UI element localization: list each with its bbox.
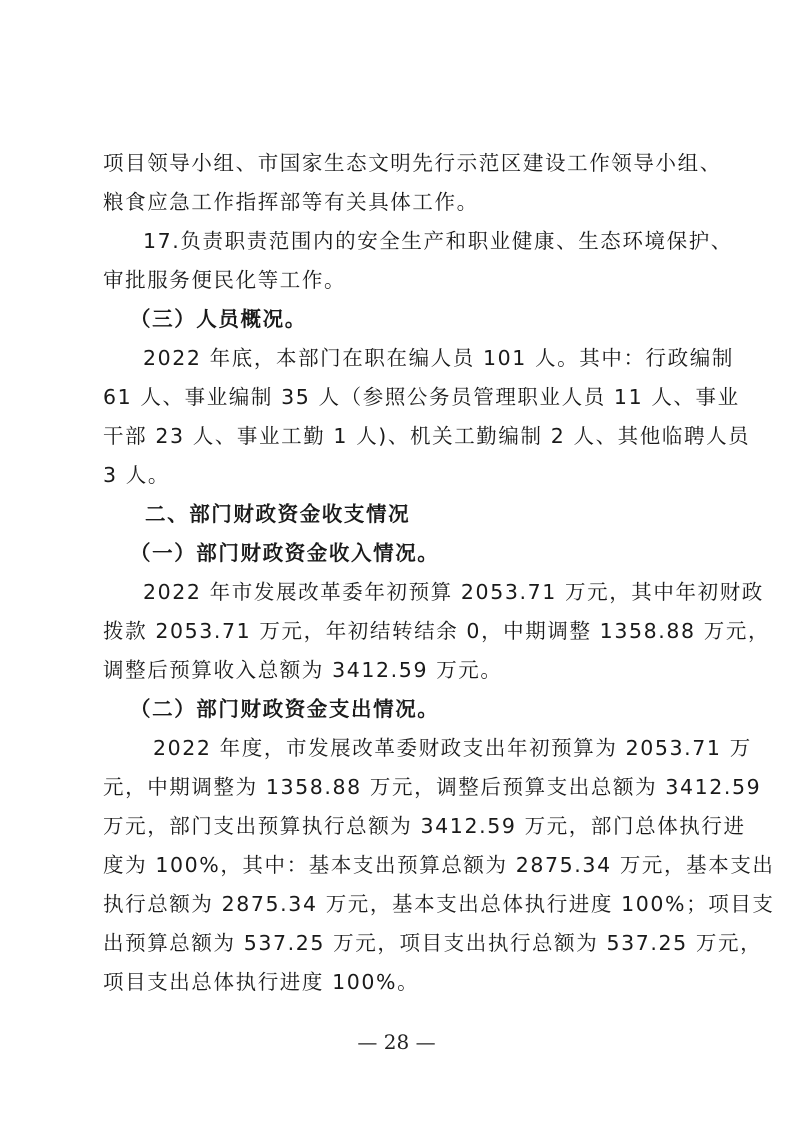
section-heading: （三）人员概况。 xyxy=(130,304,307,334)
page-number: — 28 — xyxy=(0,1030,793,1054)
section-heading: （二）部门财政资金支出情况。 xyxy=(130,694,439,724)
text-line: 元，中期调整为 1358.88 万元，调整后预算支出总额为 3412.59 xyxy=(103,772,761,802)
text-line: 出预算总额为 537.25 万元，项目支出执行总额为 537.25 万元， xyxy=(103,928,762,958)
text-line: 2022 年度，市发展改革委财政支出年初预算为 2053.71 万 xyxy=(153,733,752,763)
text-line: 干部 23 人、事业工勤 1 人)、机关工勤编制 2 人、其他临聘人员 xyxy=(103,421,750,451)
text-line: 3 人。 xyxy=(103,460,170,490)
text-line: 项目领导小组、市国家生态文明先行示范区建设工作领导小组、 xyxy=(103,148,722,178)
text-line: 拨款 2053.71 万元，年初结转结余 0，中期调整 1358.88 万元， xyxy=(103,616,770,646)
text-line: 项目支出总体执行进度 100%。 xyxy=(103,967,419,997)
text-line: 调整后预算收入总额为 3412.59 万元。 xyxy=(103,655,503,685)
text-line: 17.负责职责范围内的安全生产和职业健康、生态环境保护、 xyxy=(143,226,733,256)
text-line: 审批服务便民化等工作。 xyxy=(103,265,346,295)
section-heading: （一）部门财政资金收入情况。 xyxy=(130,538,439,568)
text-line: 粮食应急工作指挥部等有关具体工作。 xyxy=(103,187,479,217)
chapter-heading: 二、部门财政资金收支情况 xyxy=(145,499,410,529)
text-line: 2022 年市发展改革委年初预算 2053.71 万元，其中年初财政 xyxy=(143,577,764,607)
text-line: 执行总额为 2875.34 万元，基本支出总体执行进度 100%；项目支 xyxy=(103,889,775,919)
text-line: 万元，部门支出预算执行总额为 3412.59 万元，部门总体执行进 xyxy=(103,811,746,841)
text-line: 2022 年底，本部门在职在编人员 101 人。其中：行政编制 xyxy=(143,343,734,373)
text-line: 度为 100%，其中：基本支出预算总额为 2875.34 万元，基本支出 xyxy=(103,850,775,880)
text-line: 61 人、事业编制 35 人（参照公务员管理职业人员 11 人、事业 xyxy=(103,382,740,412)
